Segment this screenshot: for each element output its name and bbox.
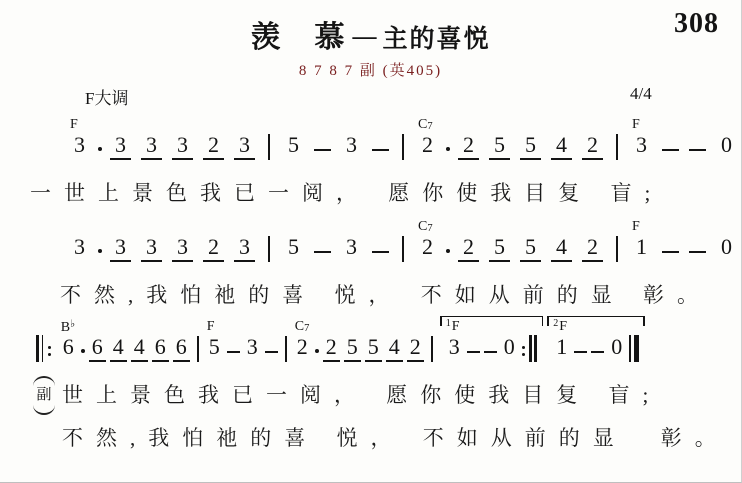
duration-dash — [372, 149, 389, 151]
barline — [402, 134, 404, 160]
note: 0 — [716, 134, 737, 160]
note: 2 — [203, 134, 224, 160]
note: 3 — [110, 134, 131, 160]
augmentation-dot — [98, 249, 102, 253]
note: 6 — [173, 336, 190, 362]
chord-label: F — [452, 319, 460, 334]
chord-label: C7 — [418, 118, 433, 133]
hymn-title-main: 羡 慕 — [250, 21, 346, 54]
music-line-2: 333323532C7255421F0 — [64, 216, 742, 262]
note: 3 — [110, 236, 131, 262]
note: 3 — [244, 336, 261, 362]
note: 5 — [489, 236, 510, 262]
note: 3 — [172, 134, 193, 160]
music-line-1: 3F33323532C7255423F0 — [64, 114, 742, 160]
note: 3 — [69, 236, 90, 262]
refrain-marker-arc-bottom — [33, 405, 55, 415]
note: 2C7 — [417, 134, 438, 160]
refrain-marker-arc-top — [33, 376, 55, 386]
augmentation-dot — [315, 349, 319, 353]
note: 6B♭ — [60, 336, 77, 362]
note: 0 — [501, 336, 518, 362]
duration-dash — [484, 351, 497, 353]
note: 4 — [551, 134, 572, 160]
chord-label: C7 — [418, 220, 433, 235]
note: 4 — [110, 336, 127, 362]
note: 5 — [489, 134, 510, 160]
augmentation-dot — [446, 147, 450, 151]
barline — [431, 336, 433, 362]
hymn-sheet-page: 308 羡 慕—主的喜悦 8 7 8 7 副 (英405) F大调 4/4 3F… — [0, 0, 742, 483]
repeat-colon — [522, 346, 525, 356]
note: 3F — [631, 134, 652, 160]
note: 4 — [386, 336, 403, 362]
duration-dash — [314, 149, 331, 151]
meter-and-index: 8 7 8 7 副 (英405) — [0, 59, 741, 80]
chord-label: F — [70, 118, 78, 132]
note: 3 — [141, 134, 162, 160]
note: 3 — [141, 236, 162, 262]
chord-label: F — [632, 220, 640, 234]
final-barline — [629, 335, 638, 362]
note: 3F — [69, 134, 90, 160]
barline — [268, 134, 270, 160]
refrain-lyrics-line-1: 世上景色我已一阅， 愿你使我目复 盲; — [62, 383, 661, 408]
music-line-3-refrain: 6B♭644665F32C725542301F102F — [36, 316, 647, 362]
note: 3 — [234, 236, 255, 262]
note: 4 — [551, 236, 572, 262]
volta-label: 2F — [553, 319, 567, 334]
note: 5 — [365, 336, 382, 362]
note: 0 — [716, 236, 737, 262]
chord-label: F — [559, 319, 567, 334]
verse-lyrics-line-2: 不然,我怕祂的喜 悦， 不如从前的显 彰。 — [60, 283, 711, 308]
note: 3 — [234, 134, 255, 160]
note: 2 — [582, 134, 603, 160]
augmentation-dot — [81, 349, 85, 353]
chord-label: F — [207, 320, 215, 334]
volta-ending-2: 102F — [547, 316, 644, 362]
note: 5 — [520, 134, 541, 160]
note: 2C7 — [294, 336, 311, 362]
note: 3 — [446, 336, 463, 362]
duration-dash — [372, 251, 389, 253]
chord-label: B♭ — [61, 320, 75, 335]
note: 2 — [458, 236, 479, 262]
note: 2 — [407, 336, 424, 362]
note: 3 — [172, 236, 193, 262]
barline — [616, 236, 618, 262]
volta-label: 1F — [446, 319, 460, 334]
augmentation-dot — [446, 249, 450, 253]
note: 2 — [323, 336, 340, 362]
time-signature: 4/4 — [630, 84, 652, 104]
chord-label: C7 — [295, 320, 310, 335]
duration-dash — [689, 251, 706, 253]
note: 2 — [203, 236, 224, 262]
note: 2C7 — [417, 236, 438, 262]
volta-ending-1: 301F — [440, 316, 544, 362]
barline — [616, 134, 618, 160]
augmentation-dot — [98, 147, 102, 151]
hymn-title: 羡 慕—主的喜悦 — [0, 12, 741, 56]
repeat-close-double-barline — [529, 335, 538, 362]
barline — [197, 336, 199, 362]
barline — [402, 236, 404, 262]
note: 3 — [341, 236, 362, 262]
duration-dash — [227, 351, 240, 353]
verse-lyrics-line-1: 一世上景色我已一阅， 愿你使我目复 盲; — [30, 181, 663, 206]
repeat-open-sign — [36, 335, 53, 362]
barline — [268, 236, 270, 262]
note: 5 — [520, 236, 541, 262]
chord-label: F — [632, 118, 640, 132]
note: 5 — [344, 336, 361, 362]
refrain-marker-char: 副 — [36, 386, 51, 405]
note: 2 — [458, 134, 479, 160]
refrain-marker: 副 — [31, 376, 57, 415]
duration-dash — [689, 149, 706, 151]
note: 6 — [152, 336, 169, 362]
duration-dash — [467, 351, 480, 353]
hymn-title-subtitle: 主的喜悦 — [382, 26, 490, 53]
barline — [285, 336, 287, 362]
note: 5F — [206, 336, 223, 362]
note: 1F — [631, 236, 652, 262]
note: 1 — [553, 336, 570, 362]
note: 0 — [608, 336, 625, 362]
duration-dash — [662, 149, 679, 151]
note: 3 — [341, 134, 362, 160]
note: 6 — [89, 336, 106, 362]
note: 5 — [283, 134, 304, 160]
refrain-lyrics-line-2: 不然,我怕祂的喜 悦， 不如从前的显 彰。 — [62, 426, 729, 451]
note: 5 — [283, 236, 304, 262]
duration-dash — [314, 251, 331, 253]
duration-dash — [265, 351, 278, 353]
key-signature: F大调 — [85, 84, 128, 109]
duration-dash — [591, 351, 604, 353]
note: 4 — [131, 336, 148, 362]
duration-dash — [574, 351, 587, 353]
title-dash: — — [352, 24, 376, 50]
duration-dash — [662, 251, 679, 253]
note: 2 — [582, 236, 603, 262]
